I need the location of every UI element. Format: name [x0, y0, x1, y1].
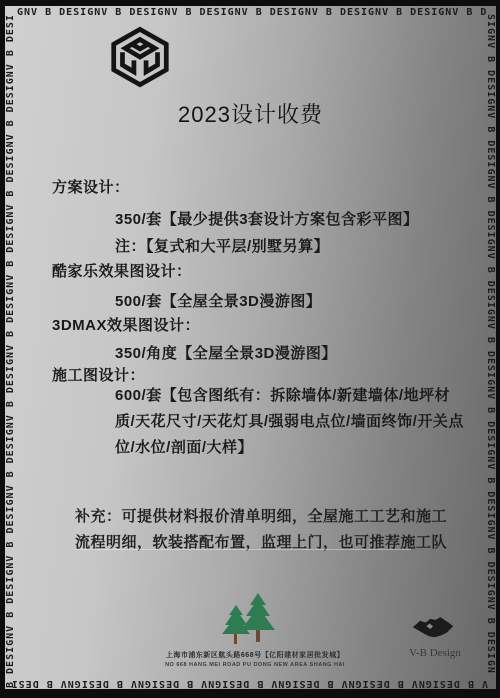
- note-divider: [75, 549, 411, 550]
- pine-trees-logo-icon: [218, 592, 284, 648]
- construction-drawing-price-block: 600/套【包含图纸有：拆除墙体/新建墙体/地坪材质/天花尺寸/天花灯具/强弱电…: [115, 383, 467, 461]
- poster-canvas: GNV B DESIGNV B DESIGNV B DESIGNV B DESI…: [5, 6, 496, 689]
- 3dmax-price-line: 350/角度【全屋全景3D漫游图】: [115, 342, 337, 363]
- page-title: 2023设计收费: [5, 98, 496, 129]
- section-label-kujiale-render: 酷家乐效果图设计：: [52, 260, 192, 281]
- border-text-bottom: V B DESIGNV B DESIGNV B DESIGNV B DESIGN…: [13, 676, 488, 689]
- b-design-cube-logo-icon: [103, 26, 177, 88]
- kujiale-price-line: 500/套【全屋全景3D漫游图】: [115, 290, 321, 311]
- brand-name: V-B Design: [397, 647, 473, 659]
- plan-design-note-line: 注：【复式和大平层/别墅另算】: [115, 235, 329, 256]
- pricing-poster: GNV B DESIGNV B DESIGNV B DESIGNV B DESI…: [0, 0, 500, 698]
- plan-design-price-line: 350/套【最少提供3套设计方案包含彩平图】: [115, 208, 419, 229]
- border-text-top: GNV B DESIGNV B DESIGNV B DESIGNV B DESI…: [17, 7, 486, 20]
- section-label-3dmax-render: 3DMAX效果图设计：: [52, 314, 200, 335]
- footer-address-en: NO 668 HANG MEI ROAD PU DONG NEW AREA SH…: [95, 662, 415, 668]
- footer-address-cn: 上海市浦东新区航头路668号【亿阳建材家居批发城】: [95, 650, 415, 660]
- handshake-icon: [411, 616, 455, 646]
- section-label-plan-design: 方案设计：: [52, 176, 130, 197]
- section-label-construction-drawing: 施工图设计：: [52, 364, 145, 385]
